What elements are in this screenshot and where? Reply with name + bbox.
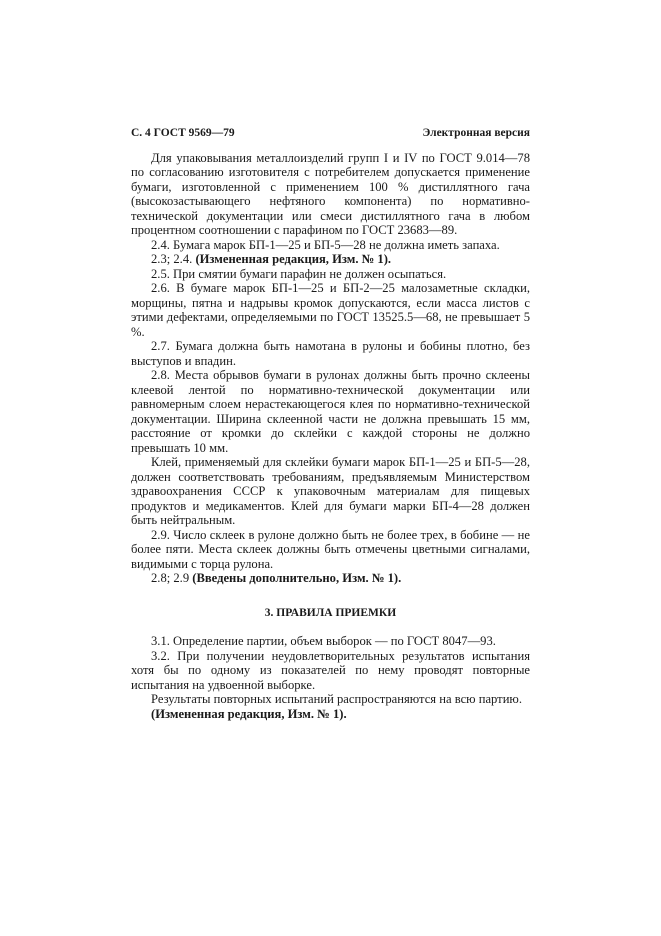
paragraph-2-8: 2.8. Места обрывов бумаги в рулонах долж… <box>131 368 530 455</box>
paragraph-3-2: 3.2. При получении неудовлетворительных … <box>131 649 530 693</box>
document-page: С. 4 ГОСТ 9569—79 Электронная версия Для… <box>131 126 530 721</box>
paragraph-2-9: 2.9. Число склеек в рулоне должно быть н… <box>131 528 530 572</box>
paragraph-2-7: 2.7. Бумага должна быть намотана в рулон… <box>131 339 530 368</box>
amendment-note-2-3-2-4: 2.3; 2.4. (Измененная редакция, Изм. № 1… <box>131 252 530 267</box>
paragraph-2-4: 2.4. Бумага марок БП-1—25 и БП-5—28 не д… <box>131 238 530 253</box>
paragraph-metal-packaging: Для упаковывания металлоизделий групп I … <box>131 151 530 238</box>
header-left: С. 4 ГОСТ 9569—79 <box>131 126 235 141</box>
section-title: 3. ПРАВИЛА ПРИЕМКИ <box>131 606 530 621</box>
amendment-note-2-8-2-9: 2.8; 2.9 (Введены дополнительно, Изм. № … <box>131 571 530 586</box>
paragraph-2-5: 2.5. При смятии бумаги парафин не должен… <box>131 267 530 282</box>
paragraph-results: Результаты повторных испытаний распростр… <box>131 692 530 707</box>
paragraph-3-1: 3.1. Определение партии, объем выборок —… <box>131 634 530 649</box>
paragraph-glue: Клей, применяемый для склейки бумаги мар… <box>131 455 530 528</box>
header-right: Электронная версия <box>422 126 530 141</box>
page-header: С. 4 ГОСТ 9569—79 Электронная версия <box>131 126 530 141</box>
amendment-note-section3: (Измененная редакция, Изм. № 1). <box>131 707 530 722</box>
paragraph-2-6: 2.6. В бумаге марок БП-1—25 и БП-2—25 ма… <box>131 281 530 339</box>
